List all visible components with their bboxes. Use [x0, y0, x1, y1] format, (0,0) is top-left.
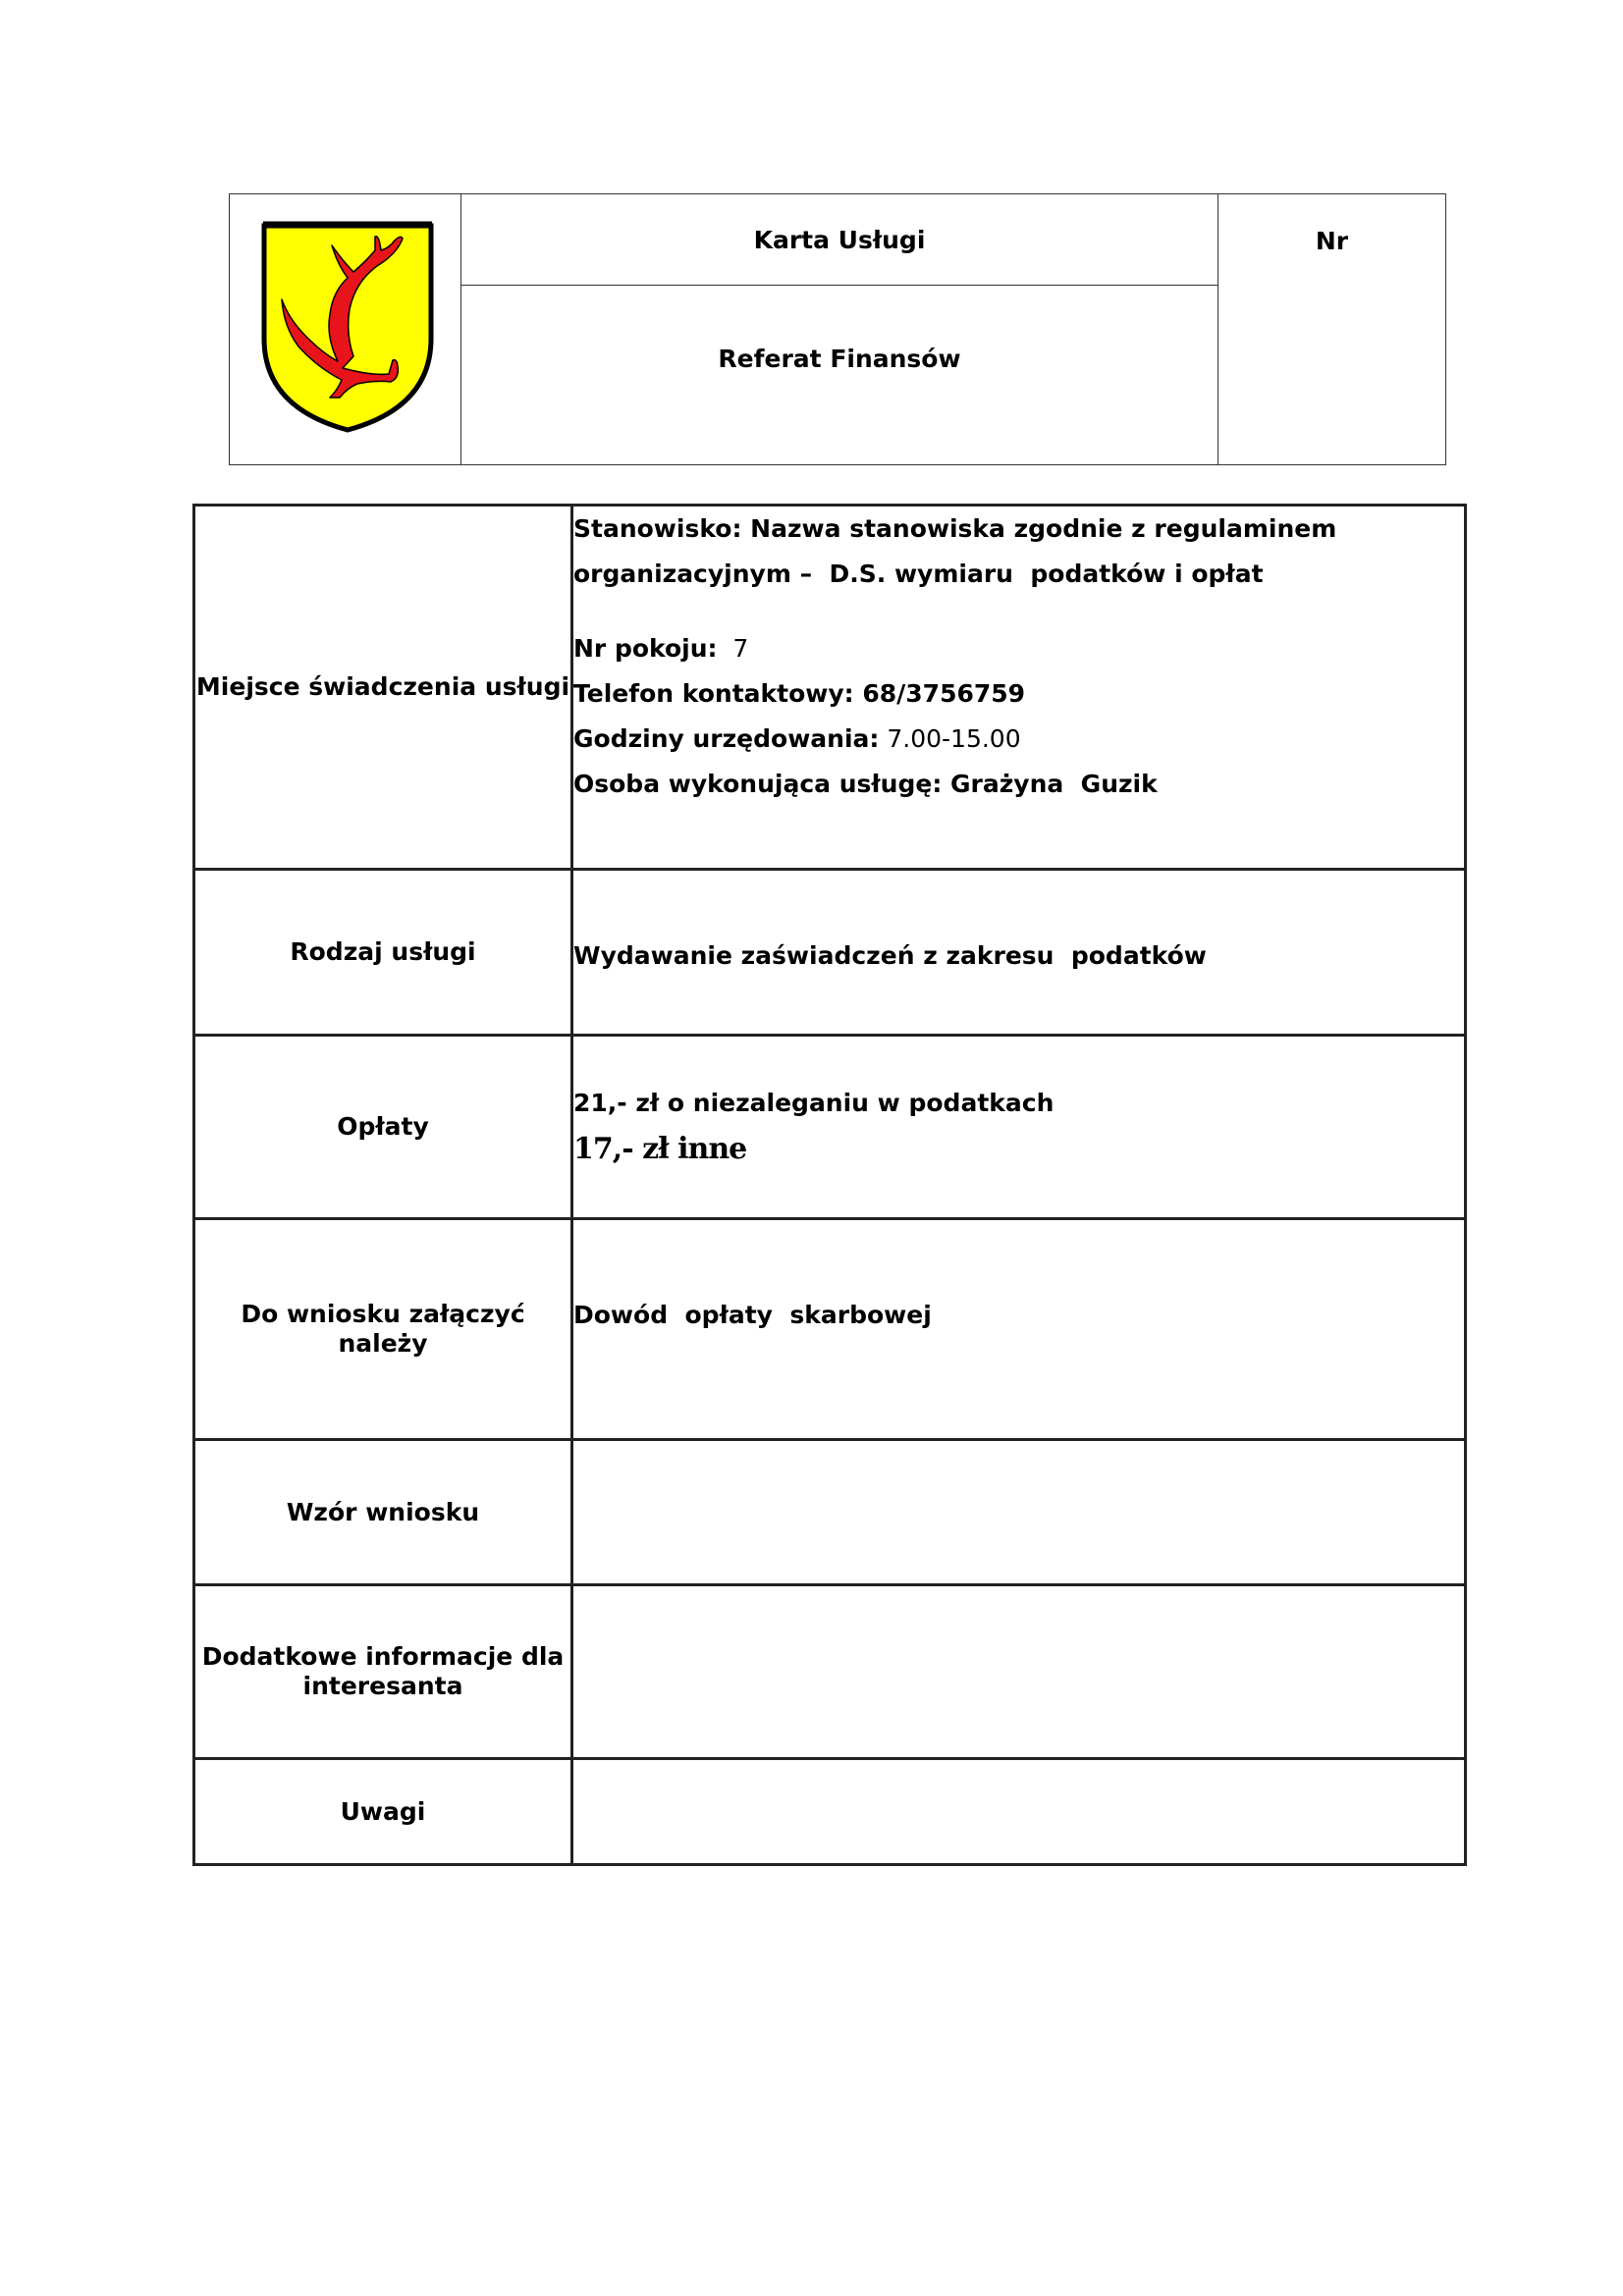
table-row-attachments: Do wniosku załączyć należy Dowód opłaty … — [194, 1219, 1466, 1440]
room-label: Nr pokoju: — [573, 634, 718, 663]
position-line-1: Stanowisko: Nazwa stanowiska zgodnie z r… — [573, 507, 1464, 552]
remarks-label: Uwagi — [194, 1759, 572, 1865]
office-hours: Godziny urzędowania: 7.00-15.00 — [573, 717, 1464, 762]
remarks-value — [572, 1759, 1466, 1865]
hours-label: Godziny urzędowania: — [573, 724, 879, 753]
hours-value: 7.00-15.00 — [879, 724, 1020, 753]
additional-info-value — [572, 1585, 1466, 1759]
attachments-value: Dowód opłaty skarbowej — [572, 1219, 1466, 1440]
service-type-value: Wydawanie zaświadczeń z zakresu podatków — [572, 870, 1466, 1036]
table-row-remarks: Uwagi — [194, 1759, 1466, 1865]
department-cell: Referat Finansów — [461, 286, 1218, 464]
location-value: Stanowisko: Nazwa stanowiska zgodnie z r… — [572, 506, 1466, 870]
additional-info-label-line-2: interesanta — [195, 1672, 570, 1701]
table-row-additional-info: Dodatkowe informacje dla interesanta — [194, 1585, 1466, 1759]
form-template-label: Wzór wniosku — [194, 1440, 572, 1585]
attachments-label: Do wniosku załączyć należy — [194, 1219, 572, 1440]
location-label: Miejsce świadczenia usługi — [194, 506, 572, 870]
table-row-form-template: Wzór wniosku — [194, 1440, 1466, 1585]
position-line-2: organizacyjnym – D.S. wymiaru podatków i… — [573, 552, 1464, 597]
responsible-person: Osoba wykonująca usługę: Grażyna Guzik — [573, 762, 1464, 807]
card-title: Karta Usługi — [754, 226, 926, 254]
fee-line-2: 17,- zł inne — [573, 1126, 1464, 1173]
additional-info-label: Dodatkowe informacje dla interesanta — [194, 1585, 572, 1759]
header-table: Karta Usługi Referat Finansów Nr — [229, 193, 1446, 465]
attachments-label-line-2: należy — [195, 1329, 570, 1359]
card-title-cell: Karta Usługi — [461, 194, 1218, 286]
additional-info-label-line-1: Dodatkowe informacje dla — [195, 1642, 570, 1672]
fee-line-1: 21,- zł o niezaleganiu w podatkach — [573, 1081, 1464, 1126]
form-template-value — [572, 1440, 1466, 1585]
fees-value: 21,- zł o niezaleganiu w podatkach 17,- … — [572, 1036, 1466, 1219]
fees-label: Opłaty — [194, 1036, 572, 1219]
department-name: Referat Finansów — [718, 345, 960, 373]
attachments-text: Dowód opłaty skarbowej — [573, 1293, 1464, 1338]
room-number: Nr pokoju: 7 — [573, 626, 1464, 671]
contact-phone: Telefon kontaktowy: 68/3756759 — [573, 671, 1464, 717]
attachments-label-line-1: Do wniosku załączyć — [195, 1300, 570, 1329]
service-type-label: Rodzaj usługi — [194, 870, 572, 1036]
number-label: Nr — [1316, 227, 1348, 464]
table-row-location: Miejsce świadczenia usługi Stanowisko: N… — [194, 506, 1466, 870]
coat-of-arms-antler-icon — [259, 221, 436, 437]
number-cell: Nr — [1218, 194, 1445, 464]
table-row-fees: Opłaty 21,- zł o niezaleganiu w podatkac… — [194, 1036, 1466, 1219]
service-card-table: Miejsce świadczenia usługi Stanowisko: N… — [192, 504, 1467, 1866]
service-type-text: Wydawanie zaświadczeń z zakresu podatków — [573, 926, 1464, 979]
logo-cell — [230, 194, 461, 464]
room-value: 7 — [718, 634, 749, 663]
table-row-service-type: Rodzaj usługi Wydawanie zaświadczeń z za… — [194, 870, 1466, 1036]
